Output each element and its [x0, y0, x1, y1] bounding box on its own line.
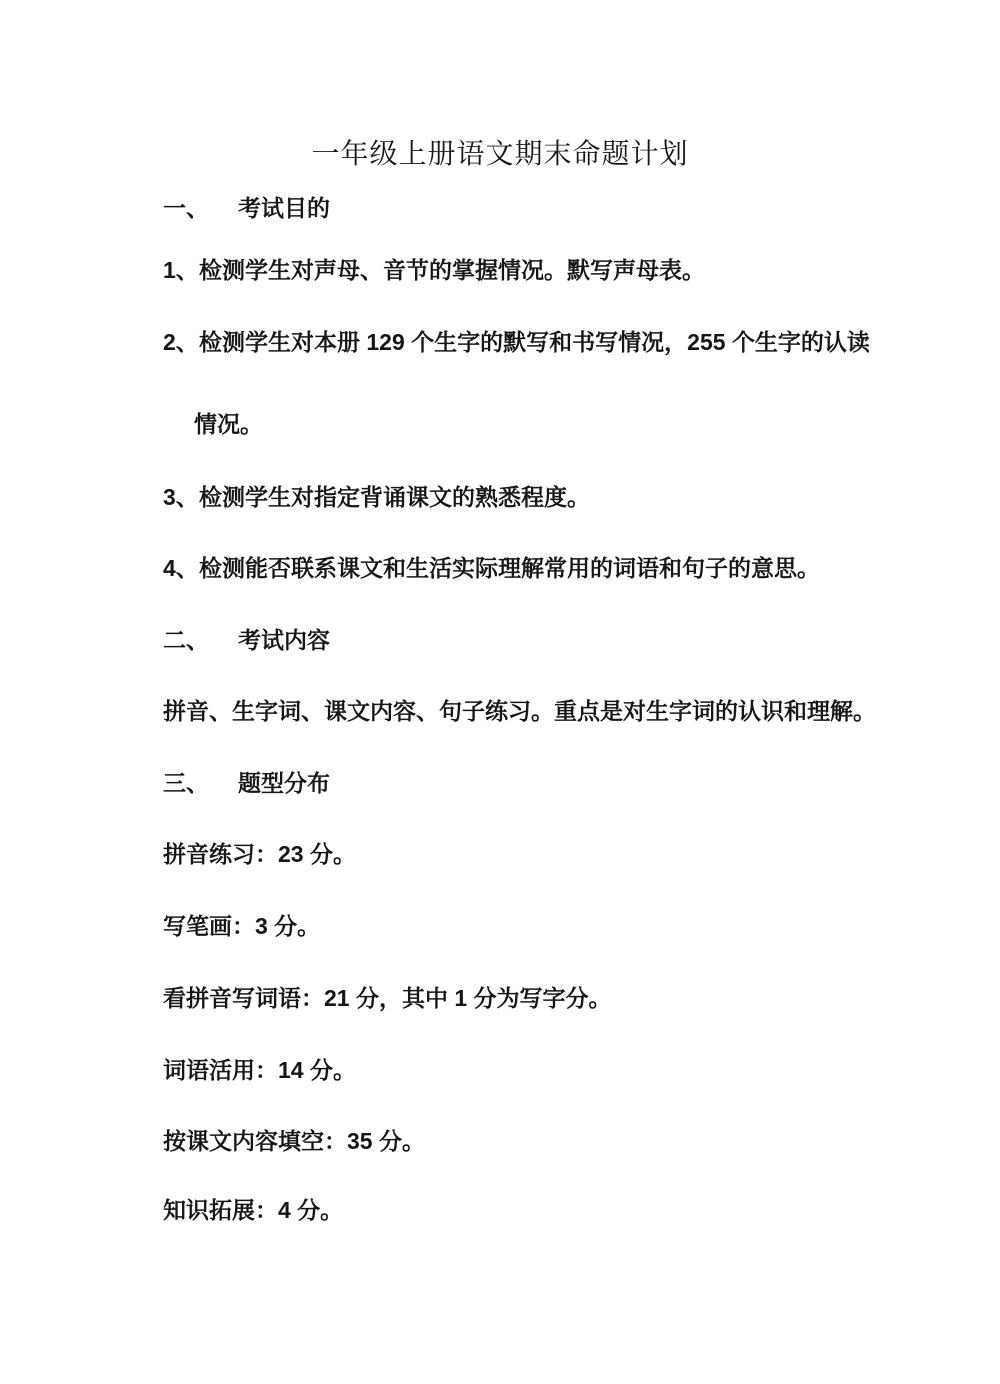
- section-number: 一、: [163, 195, 238, 221]
- section-label: 考试目的: [238, 195, 330, 221]
- item-number: 3、: [163, 484, 199, 510]
- section-label: 题型分布: [238, 770, 330, 796]
- document-title: 一年级上册语文期末命题计划: [0, 139, 1000, 171]
- distribution-text: 词语活用：14 分。: [163, 1057, 356, 1083]
- distribution-item-6: 知识拓展：4 分。: [163, 1197, 343, 1223]
- distribution-text: 知识拓展：4 分。: [163, 1197, 343, 1223]
- purpose-item-2-continuation: 情况。: [163, 411, 263, 437]
- distribution-item-3: 看拼音写词语：21 分，其中 1 分为写字分。: [163, 985, 612, 1011]
- document-page: 一年级上册语文期末命题计划 一、 考试目的 1、 检测学生对声母、音节的掌握情况…: [0, 0, 1000, 1384]
- item-number: 4、: [163, 555, 199, 581]
- purpose-item-3: 3、 检测学生对指定背诵课文的熟悉程度。: [163, 484, 590, 510]
- distribution-item-2: 写笔画：3 分。: [163, 913, 320, 939]
- section-label: 考试内容: [238, 627, 330, 653]
- distribution-text: 写笔画：3 分。: [163, 913, 320, 939]
- item-text: 检测学生对本册 129 个生字的默写和书写情况，255 个生字的认读: [199, 329, 870, 355]
- distribution-text: 看拼音写词语：21 分，其中 1 分为写字分。: [163, 985, 612, 1011]
- section-heading-distribution: 三、 题型分布: [163, 770, 330, 796]
- item-number: 1、: [163, 257, 199, 283]
- item-text: 检测能否联系课文和生活实际理解常用的词语和句子的意思。: [199, 555, 820, 581]
- purpose-item-4: 4、 检测能否联系课文和生活实际理解常用的词语和句子的意思。: [163, 555, 820, 581]
- content-body-text: 拼音、生字词、课文内容、句子练习。重点是对生字词的认识和理解。: [163, 698, 876, 724]
- distribution-item-5: 按课文内容填空：35 分。: [163, 1128, 425, 1154]
- purpose-item-1: 1、 检测学生对声母、音节的掌握情况。默写声母表。: [163, 257, 705, 283]
- section-heading-purpose: 一、 考试目的: [163, 195, 330, 221]
- item-text: 检测学生对指定背诵课文的熟悉程度。: [199, 484, 590, 510]
- item-number: 2、: [163, 329, 199, 355]
- purpose-item-2: 2、 检测学生对本册 129 个生字的默写和书写情况，255 个生字的认读: [163, 329, 870, 355]
- distribution-item-4: 词语活用：14 分。: [163, 1057, 356, 1083]
- section-number: 二、: [163, 627, 238, 653]
- distribution-text: 拼音练习：23 分。: [163, 841, 356, 867]
- distribution-text: 按课文内容填空：35 分。: [163, 1128, 425, 1154]
- paragraph-text: 拼音、生字词、课文内容、句子练习。重点是对生字词的认识和理解。: [163, 698, 876, 724]
- distribution-item-1: 拼音练习：23 分。: [163, 841, 356, 867]
- item-text: 情况。: [194, 411, 263, 437]
- section-number: 三、: [163, 770, 238, 796]
- section-heading-content: 二、 考试内容: [163, 627, 330, 653]
- item-text: 检测学生对声母、音节的掌握情况。默写声母表。: [199, 257, 705, 283]
